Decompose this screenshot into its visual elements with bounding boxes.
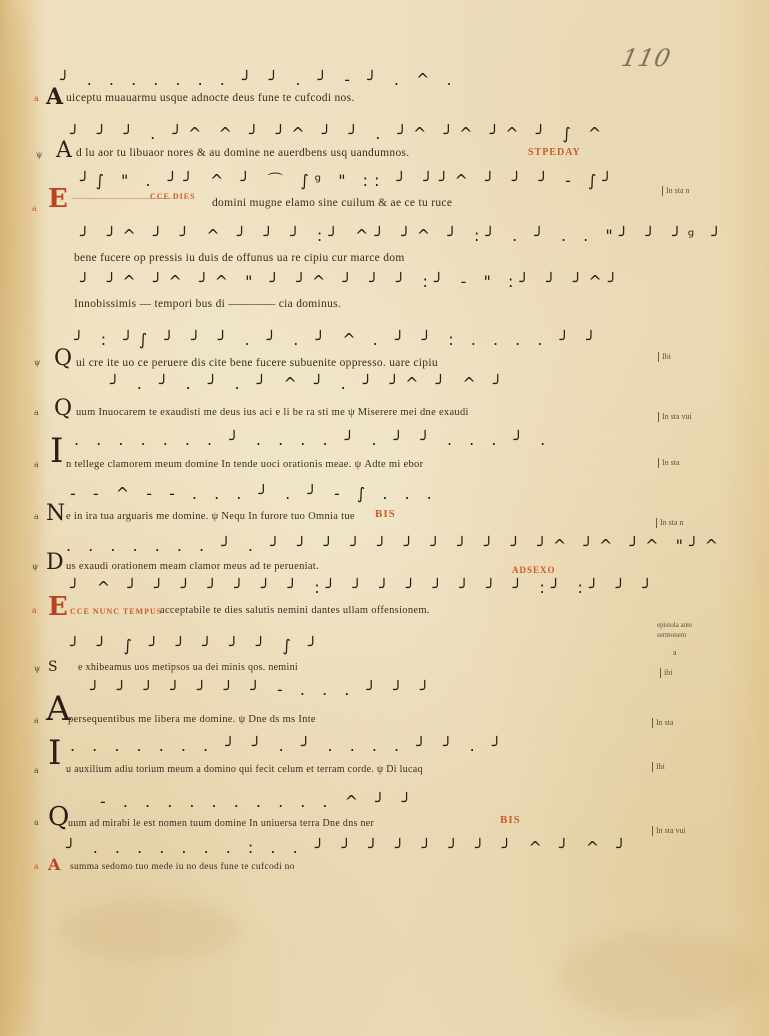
initial-letter: D xyxy=(46,552,64,574)
folio-number: 110 xyxy=(619,44,674,72)
neume-row: - - ^ - - . . . ╯ . ╯ - ∫ . . . xyxy=(70,484,438,510)
chant-text: bene fucere op pressis iu duis de offunu… xyxy=(74,252,405,264)
chant-text: domini mugne elamo sine cuilum & ae ce t… xyxy=(212,197,452,209)
chant-text: persequentibus me libera me domine. ψ Dn… xyxy=(68,714,316,725)
line-label: a xyxy=(34,716,39,725)
line-label: a xyxy=(34,766,39,775)
chant-text: e in ira tua arguaris me domine. ψ Nequ … xyxy=(66,511,355,522)
rubric: bis xyxy=(500,814,521,826)
margin-note: a xyxy=(670,648,677,658)
initial-letter: E xyxy=(48,188,68,210)
chant-text: e xhibeamus uos metipsos ua dei minis qo… xyxy=(78,662,298,673)
neume-row: ╯ ╯^ ╯ ╯ ^ ╯ ╯ ╯ :╯ ^╯ ╯^ ╯ :╯ . ╯ . . "… xyxy=(80,226,727,252)
chant-text: acceptabile te dies salutis nemini dante… xyxy=(160,605,430,616)
chant-text: uum Inuocarem te exaudisti me deus ius a… xyxy=(76,407,469,418)
neume-row: - . . . . . . . . . . ^ ╯ ╯ xyxy=(100,792,417,818)
initial-letter: Q xyxy=(54,348,72,370)
parchment-stain xyxy=(60,900,240,960)
chant-text: ui cre ite uo ce peruere dis cite bene f… xyxy=(76,357,438,369)
line-label: a xyxy=(34,408,39,417)
margin-note: Ibi xyxy=(658,352,671,362)
initial-letter: I xyxy=(48,738,61,768)
chant-text: summa sedomo tuo mede iu no deus fune te… xyxy=(70,862,295,872)
neume-row: ╯ ╯ ╯ ╯ ╯ ╯ ╯ - . . . ╯ ╯ ╯ xyxy=(90,680,435,706)
margin-note: Ibi xyxy=(652,762,665,772)
neume-row: ╯ . ╯ . ╯ . ╯ ^ ╯ . ╯ ╯^ ╯ ^ ╯ xyxy=(110,374,508,400)
initial-letter: Q xyxy=(48,806,69,828)
rubric: cce nunc tempus xyxy=(70,607,162,616)
margin-note: In sta vui xyxy=(658,412,692,422)
parchment-stain xyxy=(560,930,760,1020)
chant-text: us exaudi orationem meam clamor meus ad … xyxy=(66,561,319,572)
line-label: a xyxy=(34,862,39,871)
initial-letter: N xyxy=(46,503,65,525)
neume-row: ╯ . . . . . . . : . . ╯ ╯ ╯ ╯ ╯ ╯ ╯ ╯ ^ … xyxy=(66,838,632,864)
initial-letter: I xyxy=(50,436,63,466)
margin-note: In sta n xyxy=(656,518,684,528)
neume-row: ╯ ^ ╯ ╯ ╯ ╯ ╯ ╯ ╯ :╯ ╯ ╯ ╯ ╯ ╯ ╯ ╯ :╯ :╯… xyxy=(70,578,658,604)
initial-letter: A xyxy=(46,694,71,724)
rubric: stpeday xyxy=(528,147,581,158)
initial-letter: E xyxy=(48,596,68,618)
initial-letter: A xyxy=(48,854,60,876)
line-label: ψ xyxy=(36,150,42,159)
line-label: a xyxy=(34,512,39,521)
margin-note: In sta xyxy=(658,458,680,468)
chant-text: n tellege clamorem meum domine In tende … xyxy=(66,459,423,470)
line-label: a xyxy=(34,94,39,103)
initial-letter: S xyxy=(48,656,58,678)
initial-letter: A xyxy=(56,140,72,162)
neume-row: ╯ ╯^ ╯^ ╯^ " ╯ ╯^ ╯ ╯ ╯ :╯ - " :╯ ╯ ╯^╯ xyxy=(80,272,623,298)
chant-text: u auxilium adiu torium meum a domino qui… xyxy=(66,764,423,775)
line-label: a xyxy=(34,460,39,469)
rubric: cce dies xyxy=(150,192,196,201)
line-label: ψ xyxy=(32,562,38,571)
neume-row: ╯ : ╯∫ ╯ ╯ ╯ . ╯ . ╯ ^ . ╯ ╯ : . . . . ╯… xyxy=(74,330,602,356)
neume-row: . . . . . . . ╯ ╯ . ╯ . . . . ╯ ╯ . ╯ xyxy=(70,736,507,762)
rubric: adsexo xyxy=(512,565,556,575)
initial-letter: A xyxy=(46,86,63,108)
neume-row: . . . . . . . ╯ . ╯ ╯ ╯ ╯ ╯ ╯ ╯ ╯ ╯ ╯ ╯^… xyxy=(66,536,724,562)
neume-row: ╯∫ " . ╯╯ ^ ╯ ⌒ ∫ᵍ " :: ╯ ╯╯^ ╯ ╯ ╯ - ∫╯ xyxy=(80,168,618,194)
line-label: ψ xyxy=(34,358,40,367)
chant-text: d lu aor tu libuaor nores & au domine ne… xyxy=(76,147,409,159)
margin-note: In sta vui xyxy=(652,826,686,836)
line-label: a xyxy=(32,606,37,615)
rubric: bis xyxy=(375,508,396,520)
margin-note: In sta xyxy=(652,718,674,728)
neume-row: . . . . . . . ╯ . . . . ╯ . ╯ ╯ . . . ╯ … xyxy=(74,430,551,456)
neume-row: ╯ ╯ ∫ ╯ ╯ ╯ ╯ ╯ ∫ ╯ xyxy=(70,636,324,662)
line-label: a xyxy=(32,204,37,213)
chant-text: uum ad mirabi le est nomen tuum domine I… xyxy=(68,818,374,829)
margin-note: ibi xyxy=(660,668,672,678)
manuscript-page: 110 ╯ . . . . . . . ╯ ╯ . ╯ - ╯ . ^ . a … xyxy=(0,0,769,1036)
line-label: a xyxy=(34,818,39,827)
line-label: ψ xyxy=(34,664,40,673)
chant-text: Innobissimis — tempori bus di ———— cia d… xyxy=(74,298,341,310)
margin-note: epistola ante sermonem xyxy=(654,620,717,640)
margin-note: In sta n xyxy=(662,186,690,196)
chant-text: uiceptu muauarmu usque adnocte deus fune… xyxy=(66,92,355,104)
initial-letter: Q xyxy=(54,398,72,420)
